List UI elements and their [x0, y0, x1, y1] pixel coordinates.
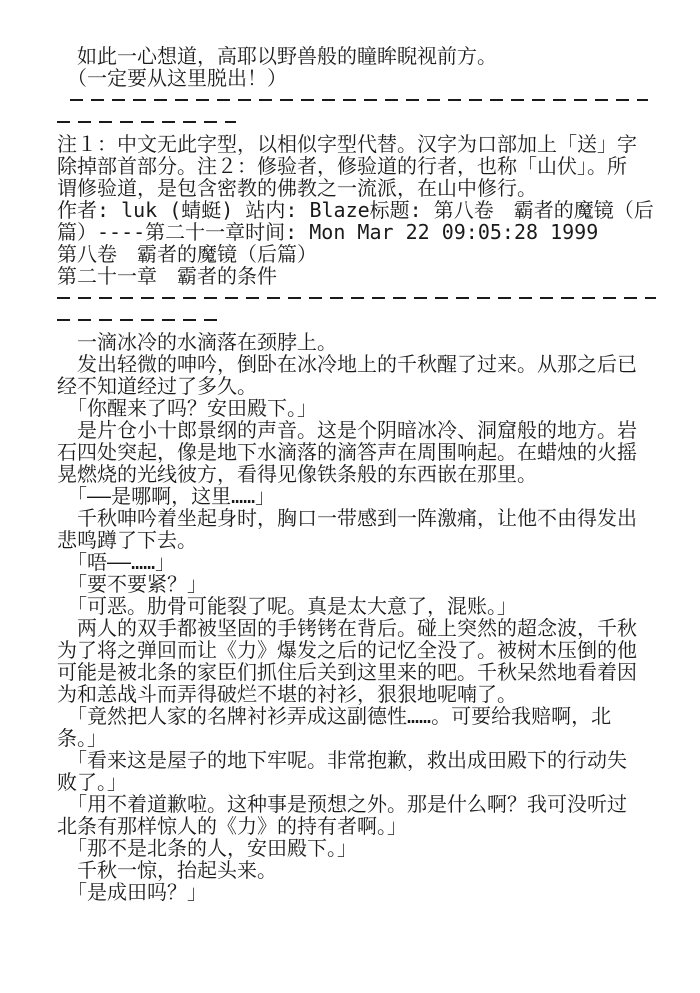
text-line: 为和恙战斗而弄得破烂不堪的衬衫，狠狠地呢喃了。 — [57, 683, 664, 705]
text-line: 除掉部首部分。注２：修验者，修验道的行者，也称「山伏」。所 — [57, 155, 664, 177]
text-line: 一滴冰冷的水滴落在颈脖上。 — [57, 331, 664, 353]
text-line: 北条有那样惊人的《力》的持有者啊。」 — [57, 815, 664, 837]
text-line: 千秋一惊，抬起头来。 — [57, 859, 664, 881]
text-line: 悲鸣蹲了下去。 — [57, 529, 664, 551]
text-line: 「你醒来了吗？安田殿下。」 — [57, 397, 664, 419]
text-line: 为了将之弹回而让《力》爆发之后的记忆全没了。被树木压倒的他 — [57, 639, 664, 661]
text-line: 条。」 — [57, 727, 664, 749]
text-line: 石四处突起，像是地下水滴落的滴答声在周围响起。在蜡烛的火摇 — [57, 441, 664, 463]
document-page: 如此一心想道，高耶以野兽般的瞳眸睨视前方。 （一定要从这里脱出！）注１：中文无此… — [0, 0, 700, 993]
text-line: 第二十一章 霸者的条件 — [57, 265, 664, 287]
text-line: 「可恶。肋骨可能裂了呢。真是太大意了，混账。」 — [57, 595, 664, 617]
separator-dashes — [57, 89, 664, 111]
text-line: 千秋呻吟着坐起身时，胸口一带感到一阵激痛，让他不由得发出 — [57, 507, 664, 529]
text-line: （一定要从这里脱出！） — [57, 67, 664, 89]
text-line: 「用不着道歉啦。这种事是预想之外。那是什么啊？我可没听过 — [57, 793, 664, 815]
text-line: 败了。」 — [57, 771, 664, 793]
dash-stroke — [57, 319, 225, 321]
text-line: 「是成田吗？」 — [57, 881, 664, 903]
text-line: 两人的双手都被坚固的手铐铐在背后。碰上突然的超念波，千秋 — [57, 617, 664, 639]
text-line: 「唔——……」 — [57, 551, 664, 573]
text-line: 晃燃烧的光线彼方，看得见像铁条般的东西嵌在那里。 — [57, 463, 664, 485]
text-line: 是片仓小十郎景纲的声音。这是个阴暗冰冷、洞窟般的地方。岩 — [57, 419, 664, 441]
separator-dashes — [57, 287, 664, 309]
separator-dashes — [57, 111, 664, 133]
text-line: 经不知道经过了多久。 — [57, 375, 664, 397]
text-line: 「竟然把人家的名牌衬衫弄成这副德性……。可要给我赔啊，北 — [57, 705, 664, 727]
text-line: 「——是哪啊，这里……」 — [57, 485, 664, 507]
text-line: 「那不是北条的人，安田殿下。」 — [57, 837, 664, 859]
text-line: 发出轻微的呻吟，倒卧在冰冷地上的千秋醒了过来。从那之后已 — [57, 353, 664, 375]
text-line: 「看来这是屋子的地下牢呢。非常抱歉，救出成田殿下的行动失 — [57, 749, 664, 771]
text-line: 篇）----第二十一章时间: Mon Mar 22 09:05:28 1999 — [57, 221, 664, 243]
text-line: 如此一心想道，高耶以野兽般的瞳眸睨视前方。 — [57, 45, 664, 67]
text-line: 作者: luk (蜻蜓) 站内: Blaze标题: 第八卷 霸者的魔镜（后 — [57, 199, 664, 221]
text-line: 第八卷 霸者的魔镜（后篇） — [57, 243, 664, 265]
dash-stroke — [57, 121, 236, 123]
dash-stroke — [70, 99, 648, 101]
text-line: 注１：中文无此字型，以相似字型代替。汉字为口部加上「送」字 — [57, 133, 664, 155]
dash-stroke — [57, 297, 656, 299]
text-line: 可能是被北条的家臣们抓住后关到这里来的吧。千秋呆然地看着因 — [57, 661, 664, 683]
separator-dashes — [57, 309, 664, 331]
text-line: 谓修验道，是包含密教的佛教之一流派，在山中修行。 — [57, 177, 664, 199]
text-line: 「要不要紧？」 — [57, 573, 664, 595]
